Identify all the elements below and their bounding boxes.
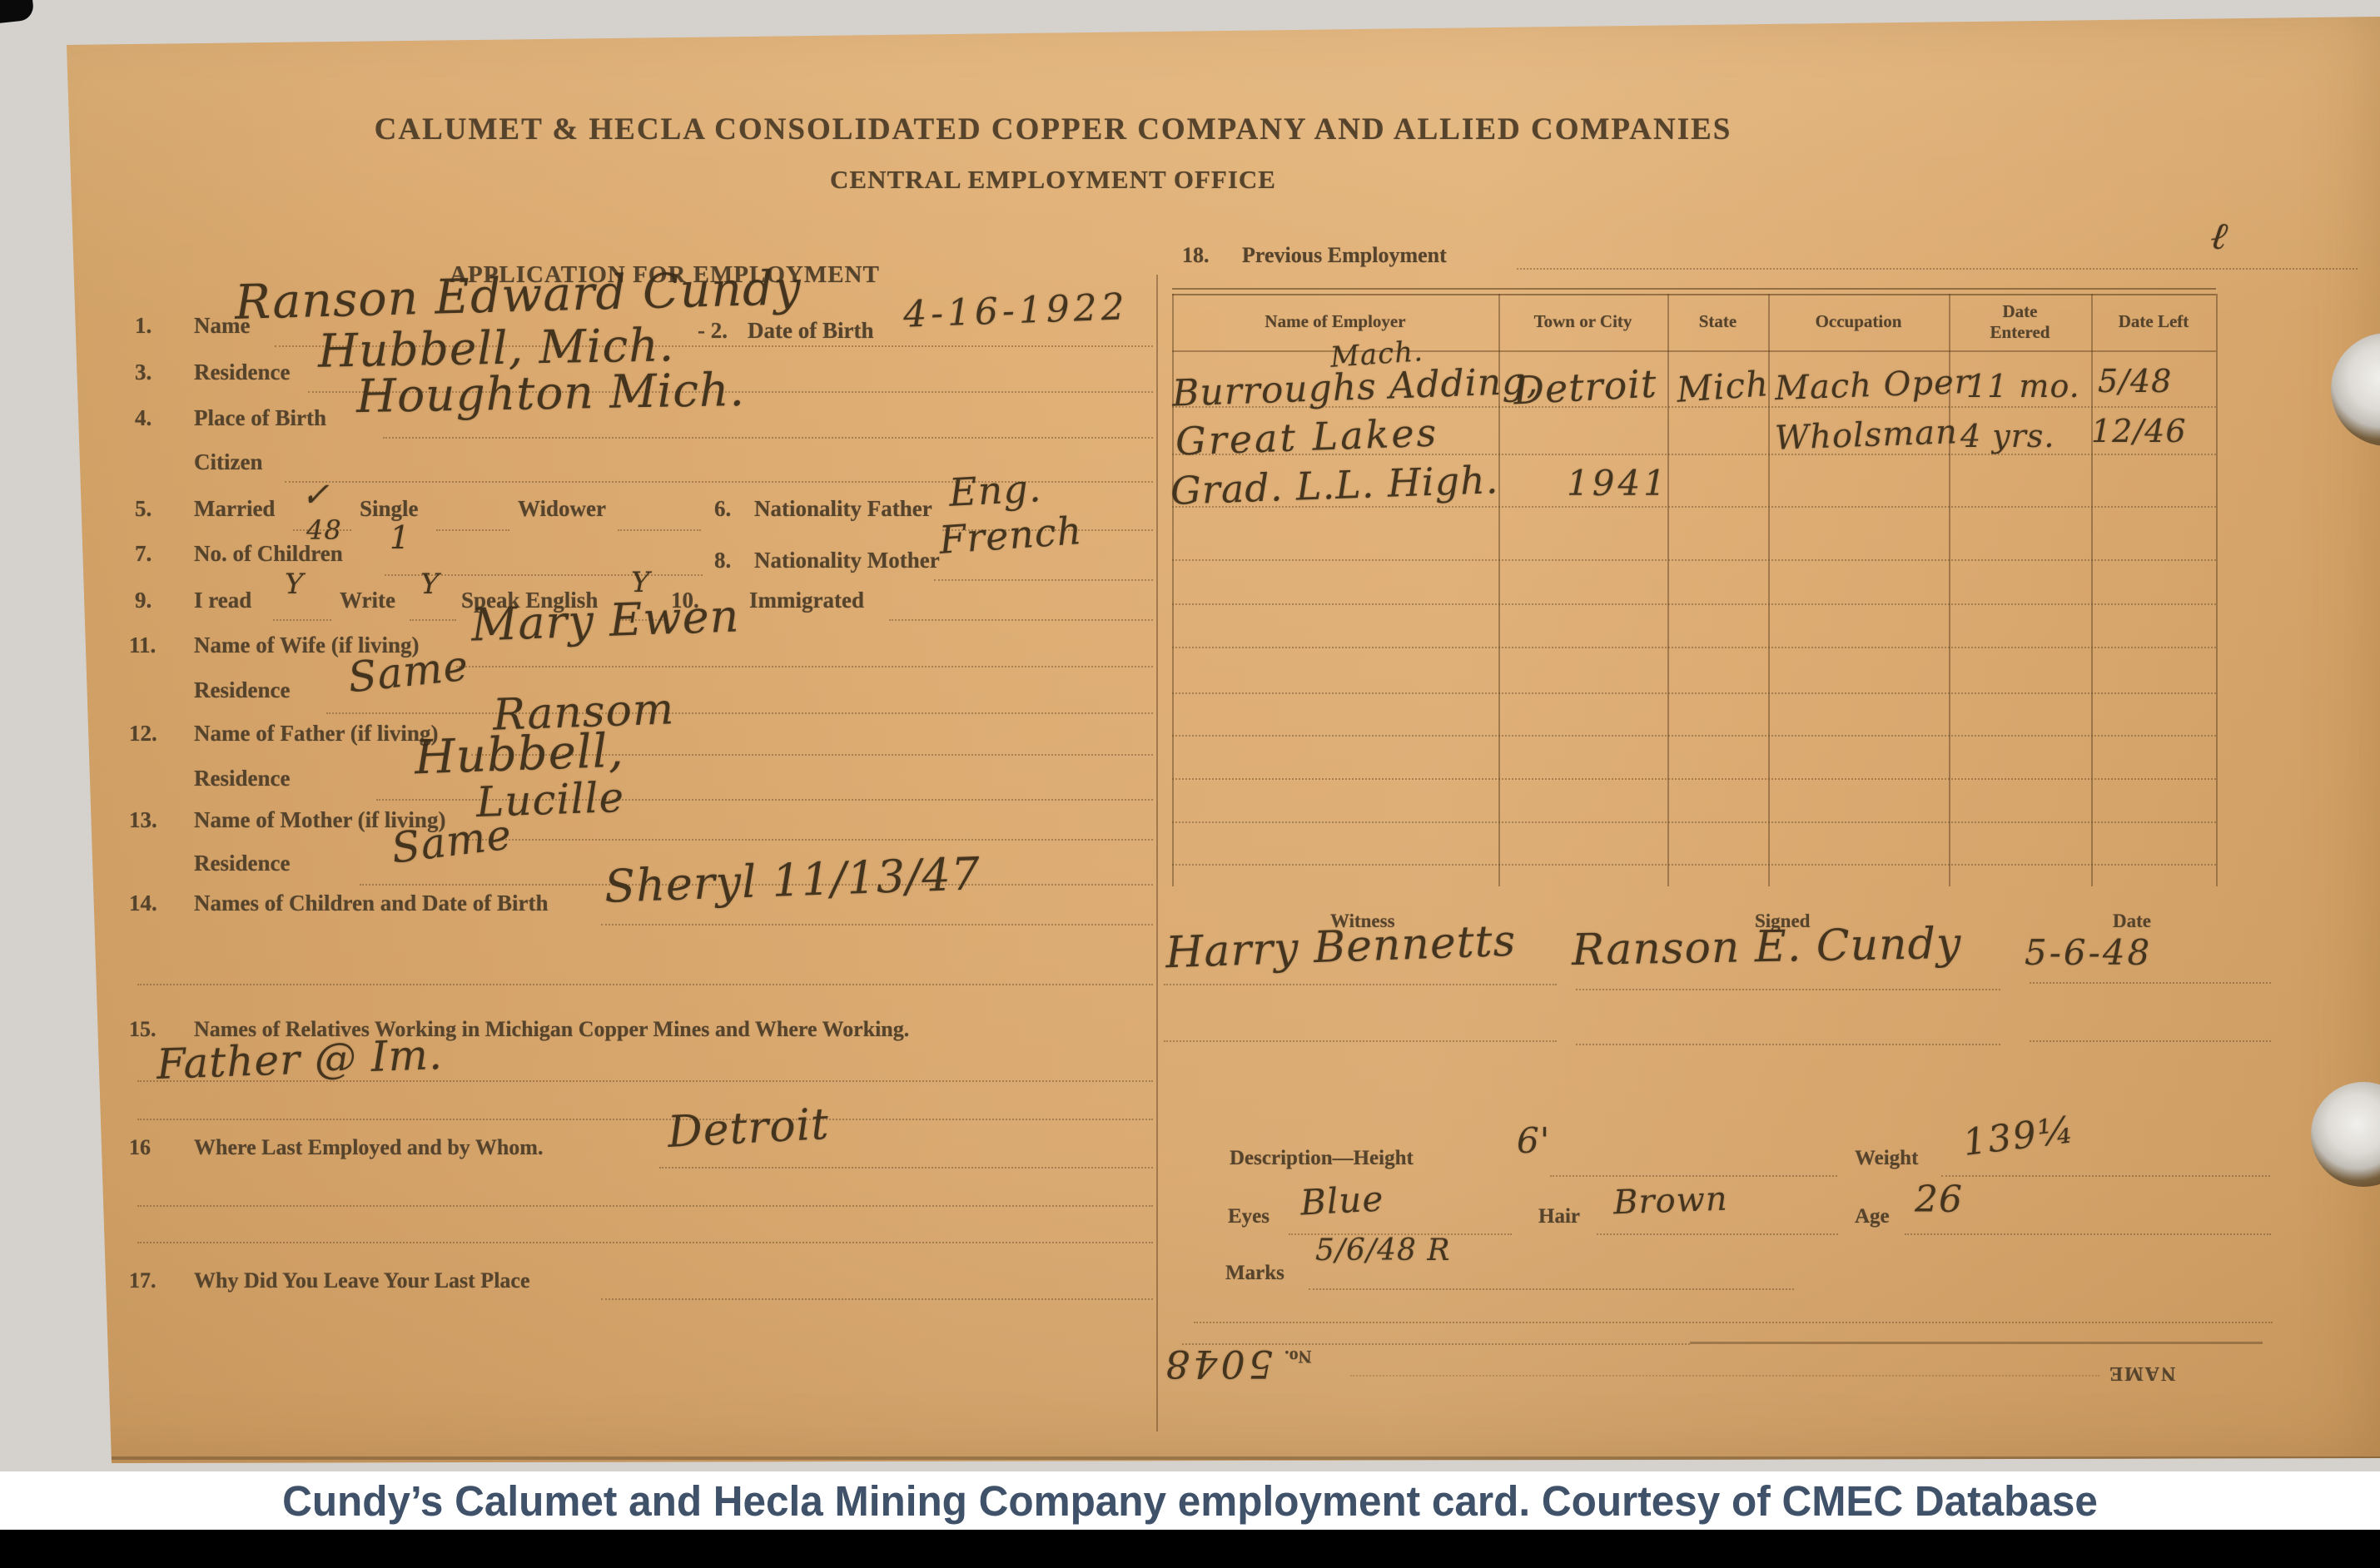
table-row-1-town: Detroit xyxy=(1513,361,1658,414)
ruled-line xyxy=(1576,1044,2000,1045)
field-13-residence-label: Residence xyxy=(194,851,290,876)
ruled-line xyxy=(1309,1288,1794,1290)
hair-value: Brown xyxy=(1612,1180,1728,1223)
table-column-line xyxy=(2091,294,2093,886)
witness-signature: Harry Bennetts xyxy=(1165,916,1517,979)
ruled-line xyxy=(601,1298,1153,1300)
table-top-rule xyxy=(1172,294,2216,295)
ruled-line xyxy=(1517,268,2358,270)
field-5-widower-label: Widower xyxy=(518,496,606,522)
table-row-line xyxy=(1172,603,2216,605)
field-4-number: 4. xyxy=(135,405,152,431)
ruled-line xyxy=(410,619,456,621)
field-14-value: Sheryl 11/13/47 xyxy=(604,847,981,913)
table-header-date-left: Date Left xyxy=(2091,296,2216,348)
field-12-residence-label: Residence xyxy=(194,766,290,791)
ruled-line xyxy=(137,984,1153,985)
field-15-number: 15. xyxy=(129,1017,157,1042)
ruled-line xyxy=(1905,1233,2271,1235)
ruled-line xyxy=(436,529,509,531)
field-10-label: Immigrated xyxy=(749,588,864,613)
ruled-line xyxy=(1690,1342,2263,1344)
table-row-line xyxy=(1172,559,2216,561)
table-row-line xyxy=(1172,647,2216,648)
ruled-line xyxy=(618,529,701,531)
ruled-line xyxy=(1194,1322,2273,1323)
field-8-number: 8. xyxy=(714,548,731,573)
field-17-number: 17. xyxy=(129,1268,157,1293)
signature-date: 5-6-48 xyxy=(2025,932,2152,973)
card-number-value: 5048 xyxy=(1162,1342,1273,1387)
table-row-line xyxy=(1172,821,2216,823)
age-label: Age xyxy=(1855,1205,1890,1228)
field-11-value: Mary Ewen xyxy=(470,589,740,651)
field-12-label: Name of Father (if living) xyxy=(194,721,438,747)
ruled-line xyxy=(1576,989,2000,990)
ruled-line xyxy=(383,437,1153,439)
ruled-line xyxy=(934,579,1153,581)
pen-flourish: ℓ xyxy=(2208,212,2230,259)
field-2-value: 4-16-1922 xyxy=(902,285,1129,335)
field-16-label: Where Last Employed and by Whom. xyxy=(194,1135,543,1160)
ruled-line xyxy=(2030,982,2271,984)
field-7-label: No. of Children xyxy=(194,541,343,567)
table-row-2-occupation: Wholsman xyxy=(1774,413,1958,458)
description-height-value: 6' xyxy=(1517,1120,1550,1161)
ruled-line xyxy=(273,619,331,621)
field-14-number: 14. xyxy=(129,891,157,916)
table-row-1-state: Mich xyxy=(1675,363,1770,410)
ruled-line xyxy=(1941,1175,2270,1177)
field-9-write-value: Y xyxy=(420,568,440,601)
photo-corner-artifact xyxy=(0,0,35,23)
table-row-3-employer: Grad. L.L. High. xyxy=(1170,457,1499,514)
field-13-number: 13. xyxy=(129,807,157,833)
field-5-single-label: Single xyxy=(360,496,419,522)
company-title: CALUMET & HECLA CONSOLIDATED COPPER COMP… xyxy=(67,112,2040,147)
field-9-read-label: I read xyxy=(194,588,251,613)
bottom-black-bar xyxy=(0,1530,2380,1568)
table-row-line xyxy=(1172,864,2216,866)
table-column-line xyxy=(1667,294,1669,886)
table-row-1-date-entered: 11 mo. xyxy=(1966,368,2080,404)
table-row-line xyxy=(1172,735,2216,737)
field-4-label: Place of Birth xyxy=(194,405,326,431)
hair-label: Hair xyxy=(1538,1205,1580,1228)
table-row-1-employer-note: Mach. xyxy=(1329,335,1424,375)
field-8-label: Nationality Mother xyxy=(754,548,940,573)
table-header-town: Town or City xyxy=(1498,296,1667,348)
table-header-rule xyxy=(1172,350,2216,352)
ruled-line xyxy=(1550,1175,1837,1177)
field-18-label: Previous Employment xyxy=(1242,243,1447,268)
field-5-married-check: ✓ xyxy=(301,476,330,514)
photo-caption: Cundy’s Calumet and Hecla Mining Company… xyxy=(36,1476,2344,1526)
weight-value: 139¼ xyxy=(1960,1109,2077,1164)
ruled-line xyxy=(456,666,1153,667)
field-5-married-label: Married xyxy=(194,496,275,522)
field-11-residence-label: Residence xyxy=(194,677,290,703)
table-row-1-date-left: 5/48 xyxy=(2098,363,2172,399)
field-3-label: Residence xyxy=(194,360,290,385)
ruled-line xyxy=(1164,984,1557,985)
field-6-label: Nationality Father xyxy=(754,496,932,522)
ruled-line xyxy=(889,619,1153,621)
ruled-line xyxy=(659,1167,1153,1169)
panel-divider xyxy=(1156,275,1158,1432)
weight-label: Weight xyxy=(1855,1147,1918,1170)
ruled-line xyxy=(1597,1233,1838,1235)
table-row-line xyxy=(1172,778,2216,780)
applicant-signature: Ranson E. Cundy xyxy=(1572,919,1962,975)
table-row-2-employer: Great Lakes xyxy=(1175,409,1439,464)
field-1-number: 1. xyxy=(135,313,152,339)
eyes-label: Eyes xyxy=(1228,1205,1269,1228)
card-number-label: No. xyxy=(1284,1346,1311,1367)
field-6-value: Eng. xyxy=(948,465,1043,515)
ruled-line xyxy=(137,1242,1153,1243)
field-17-label: Why Did You Leave Your Last Place xyxy=(194,1268,530,1293)
table-top-rule xyxy=(1172,288,2216,290)
scanned-photo-page: CALUMET & HECLA CONSOLIDATED COPPER COMP… xyxy=(0,0,2380,1568)
field-16-value: Detroit xyxy=(667,1099,831,1158)
date-label: Date xyxy=(2113,911,2151,932)
field-9-number: 9. xyxy=(135,588,152,613)
field-5-number: 5. xyxy=(135,496,152,522)
employment-card: CALUMET & HECLA CONSOLIDATED COPPER COMP… xyxy=(0,0,2380,1471)
eyes-value: Blue xyxy=(1299,1178,1385,1223)
marks-label: Marks xyxy=(1225,1262,1284,1285)
table-header-state: State xyxy=(1667,296,1768,348)
table-header-occupation: Occupation xyxy=(1768,296,1949,348)
citizen-label: Citizen xyxy=(194,449,262,475)
field-7-number: 7. xyxy=(135,541,152,567)
table-row-line xyxy=(1172,692,2216,694)
description-height-label: Description—Height xyxy=(1230,1147,1414,1170)
field-9-read-value: Y xyxy=(285,568,304,601)
marks-value: 5/6/48 R xyxy=(1315,1233,1450,1268)
field-16-number: 16 xyxy=(129,1135,151,1160)
field-14-label: Names of Children and Date of Birth xyxy=(194,891,549,916)
field-18-number: 18. xyxy=(1182,243,1210,268)
table-column-line xyxy=(2216,294,2218,886)
age-value: 26 xyxy=(1915,1178,1963,1221)
table-row-3-town: 1941 xyxy=(1567,463,1669,504)
table-row-1-occupation: Mach Oper xyxy=(1774,363,1971,408)
ruled-line xyxy=(293,529,351,531)
ruled-line xyxy=(466,839,1153,841)
field-3-number: 3. xyxy=(135,360,152,385)
card-number-group: No. 5048 xyxy=(1162,1342,1311,1387)
field-8-value: French xyxy=(937,508,1084,563)
field-4-value: Houghton Mich. xyxy=(355,363,745,423)
ruled-line xyxy=(137,1080,1153,1082)
table-header-date-entered: Date Entered xyxy=(1949,296,2091,348)
ruled-line xyxy=(601,924,1153,925)
ruled-line xyxy=(326,712,1153,714)
name-stamp: NAME xyxy=(2108,1362,2175,1384)
table-row-2-date-entered: 4 yrs. xyxy=(1960,418,2055,454)
table-row-2-date-left: 12/46 xyxy=(2091,413,2187,449)
field-2-label: Date of Birth xyxy=(748,318,873,344)
ruled-line xyxy=(1164,1040,1557,1042)
field-11-number: 11. xyxy=(129,633,156,658)
field-7-value: 1 xyxy=(390,519,410,556)
ruled-line xyxy=(137,1205,1153,1207)
card-bottom-edge xyxy=(112,1456,2380,1460)
office-title: CENTRAL EMPLOYMENT OFFICE xyxy=(67,165,2040,195)
field-9-write-label: Write xyxy=(340,588,395,613)
field-12-number: 12. xyxy=(129,721,157,747)
ruled-line xyxy=(1350,1375,2099,1377)
ruled-line xyxy=(2030,1040,2271,1042)
ruled-line xyxy=(137,1119,1153,1120)
field-6-number: 6. xyxy=(714,496,731,522)
field-2-number: - 2. xyxy=(698,318,728,344)
